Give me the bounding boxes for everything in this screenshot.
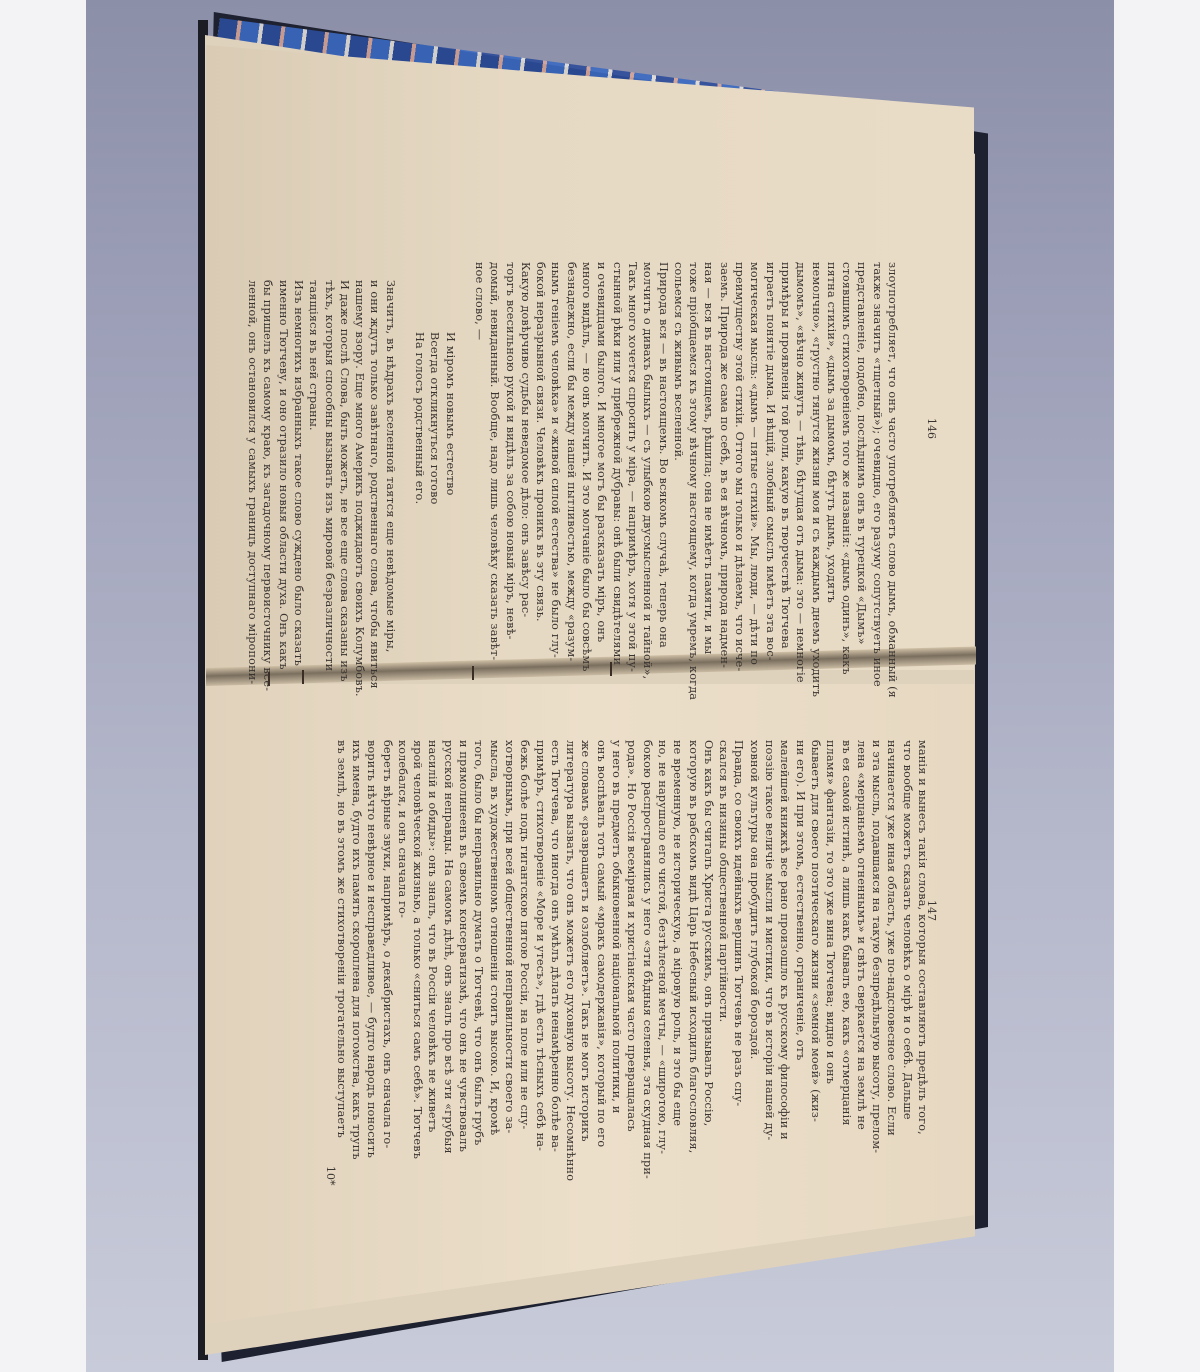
text-line: дымомъ», «вѣчно живутъ — тѣнь, бѣгущая о…: [793, 262, 808, 672]
text-line: преимуществу этой стихіи. Оттого мы толь…: [732, 262, 747, 672]
text-line: много видѣлъ, — но онъ молчитъ. И это мо…: [579, 262, 594, 672]
text-line: немолчно», «грустно тянутся жизни моя и …: [808, 262, 823, 672]
text-line: онъ воспѣвалъ тотъ самый «мракъ самодерж…: [593, 740, 608, 1170]
text-line: бокою распространялись у него «эти бѣдны…: [639, 740, 654, 1170]
spacer: [458, 262, 472, 672]
text-line: торгъ всесильною рукой и видѣлъ за собою…: [502, 262, 517, 672]
text-line: молчитъ о дивахъ былыхъ — съ улыбкою дву…: [640, 262, 655, 672]
text-line: На голосъ родственный его.: [412, 262, 427, 672]
text-line: примѣры и проявленія той роли, какую въ …: [778, 262, 793, 672]
text-line: ховной культуры она пробудитъ глубокой б…: [746, 740, 761, 1170]
text-line: русской неправды. На самомъ дѣлѣ, онъ зн…: [441, 740, 456, 1170]
text-line: въ землѣ, но въ этомъ же стихотвореніи т…: [333, 740, 348, 1170]
text-line: же словамъ «развращаетъ и озлобляетъ». Т…: [578, 740, 593, 1170]
text-line: колебался, и онъ сначала го-: [395, 740, 410, 1170]
text-line: таящіяся въ ней страны.: [306, 262, 321, 672]
text-line: ная — вся въ настоящемъ, рѣшила; она не …: [701, 262, 716, 672]
text-line: не временную, не историческую, а міровую…: [670, 740, 685, 1170]
text-line: Природа вся — въ настоящемъ. Во всякомъ …: [655, 262, 670, 672]
text-line: ное слово, —: [472, 262, 487, 672]
text-line: И даже послѣ Слова, быть можетъ, не все …: [337, 262, 352, 672]
text-line: также значитъ «тщетный»); очевидно, его …: [869, 262, 884, 672]
text-line: бы пришелъ къ самому краю, къ загадочном…: [260, 262, 275, 672]
text-line: хотворнымъ, при всей общественной неправ…: [502, 740, 517, 1170]
text-line: ихъ имена, будто ихъ память скороплена д…: [349, 740, 364, 1170]
text-line: тоже пріобщаемся къ этому вѣчному настоя…: [686, 262, 701, 672]
text-line: которую въ рабскомъ видѣ Царь Небесный и…: [685, 740, 700, 1170]
text-line: рода». Но Россія всемірная и христіанска…: [624, 740, 639, 1170]
text-line: есть Тютчева, что иногда онъ умѣлъ дѣлат…: [548, 740, 563, 1170]
text-line: мысла, въ художественномъ отношеніи стои…: [486, 740, 501, 1170]
text-line: Изъ немногихъ избранныхъ такое слово суж…: [291, 262, 306, 672]
text-line: Значитъ, въ нѣдрахъ вселенной таятся еще…: [383, 262, 398, 672]
text-line: Всегда откликнуться готово: [427, 262, 442, 672]
left-margin: [0, 0, 86, 1372]
text-line: стынной рѣки или у прибрежной дубравы: о…: [609, 262, 624, 672]
text-line: скался въ низины общественной партійност…: [716, 740, 731, 1170]
text-line: представленіе, подобно, послѣднимъ онъ в…: [854, 262, 869, 672]
text-line: Какую довѣрчиво судьбы неведомое дѣло: о…: [518, 262, 533, 672]
text-line: стоявшимъ стихотвореніемъ того же назван…: [839, 262, 854, 672]
text-line: бокой неразрывной связи. Человѣкъ проник…: [533, 262, 548, 672]
text-line: у него въ предметъ обыкновенной націонал…: [609, 740, 624, 1170]
text-line: бежь болѣе подъ гигантскою пятою Россіи,…: [517, 740, 532, 1170]
text-line: малейшей книжкѣ все рано произошло къ ру…: [777, 740, 792, 1170]
right-page-text: манія и вынесъ такія слова, которыя сост…: [333, 740, 930, 1170]
binding-stitch: [302, 670, 304, 684]
text-line: въ ея самой истинѣ, а лишь какъ бывалъ е…: [838, 740, 853, 1170]
spacer: [398, 262, 412, 672]
text-line: И міромъ новымъ естество: [442, 262, 457, 672]
text-line: тѣхъ, которыя способны вызывать изъ миро…: [321, 262, 336, 672]
text-line: но, не нарушало его чистой, безтѣлесной …: [655, 740, 670, 1170]
text-line: могическая мысль: «дымъ — пятые стихіи».…: [747, 262, 762, 672]
text-line: беретъ вѣрные звуки, напримѣръ, о декабр…: [379, 740, 394, 1170]
text-line: ворить нѣчто невѣрное и несправедливое, …: [364, 740, 379, 1170]
text-line: и эта мысль, подавшаяся на такую безпред…: [869, 740, 884, 1170]
page-number-left: 146: [925, 418, 938, 439]
printer-signature: 10*: [324, 1166, 337, 1186]
text-line: того, было бы неправильно думать о Тютче…: [471, 740, 486, 1170]
text-line: поэзію такое величіе мысли и мистики, чт…: [762, 740, 777, 1170]
text-line: нымъ геніемъ человѣка» и «живой силой ес…: [548, 262, 563, 672]
left-page-text: злоупотребляет, что онъ часто употребляе…: [245, 262, 900, 672]
text-line: насилій и обиды»: онъ зналъ, что въ Росс…: [425, 740, 440, 1170]
text-line: сольемся съ живымъ вселенной.: [671, 262, 686, 672]
text-line: ленной, онъ остановился у самыхъ границъ…: [245, 262, 260, 672]
text-line: начинается уже иная область, уже по-надс…: [884, 740, 899, 1170]
text-line: Правда, со своихъ идейныхъ вершинъ Тютче…: [731, 740, 746, 1170]
text-line: именно Тютчеву, и оно отразило новыя обл…: [275, 262, 290, 672]
text-line: пятна стихіи», «дымъ за дымомъ, бѣгутъ д…: [824, 262, 839, 672]
text-line: Такъ много хочется спросить у міра, — на…: [625, 262, 640, 672]
text-line: ни его). И при этомъ, естественно, огран…: [792, 740, 807, 1170]
text-line: злоупотребляет, что онъ часто употребляе…: [885, 262, 900, 672]
text-line: и они ждутъ только завѣтнаго, родственна…: [367, 262, 382, 672]
text-line: манія и вынесъ такія слова, которыя сост…: [915, 740, 930, 1170]
text-line: что вообще можетъ сказать человѣкъ о мір…: [899, 740, 914, 1170]
text-line: безнадежно, если бы между нашей пытливос…: [563, 262, 578, 672]
text-line: и прямолинеенъ въ своемъ консерватизмѣ, …: [456, 740, 471, 1170]
text-line: нашему взору. Еще много Америкъ поджидаю…: [352, 262, 367, 672]
text-line: ярой человѣческой жизнью, а только «снит…: [410, 740, 425, 1170]
text-line: примѣръ, стихотвореніе «Море и утесъ», г…: [532, 740, 547, 1170]
text-line: лена «мерцаньемъ огненнымъ» и свѣтъ свер…: [854, 740, 869, 1170]
text-line: и очевидцами былого. И многое могъ бы ра…: [594, 262, 609, 672]
text-line: пламя» фантазіи, то это уже вина Тютчева…: [823, 740, 838, 1170]
text-line: литература вызвать, что онъ можетъ его д…: [563, 740, 578, 1170]
text-line: домый, невиданный. Вообще, надо лишь чел…: [487, 262, 502, 672]
text-line: бываетъ для своего поэтическаго жизни «з…: [808, 740, 823, 1170]
text-line: Онъ какъ бы считалъ Христа русскимъ, онъ…: [701, 740, 716, 1170]
text-line: заемъ. Природа же сама по себѣ, въ ея вѣ…: [716, 262, 731, 672]
right-margin: [1114, 0, 1200, 1372]
text-line: играетъ понятіе дыма. И вѣщій, злобный с…: [762, 262, 777, 672]
